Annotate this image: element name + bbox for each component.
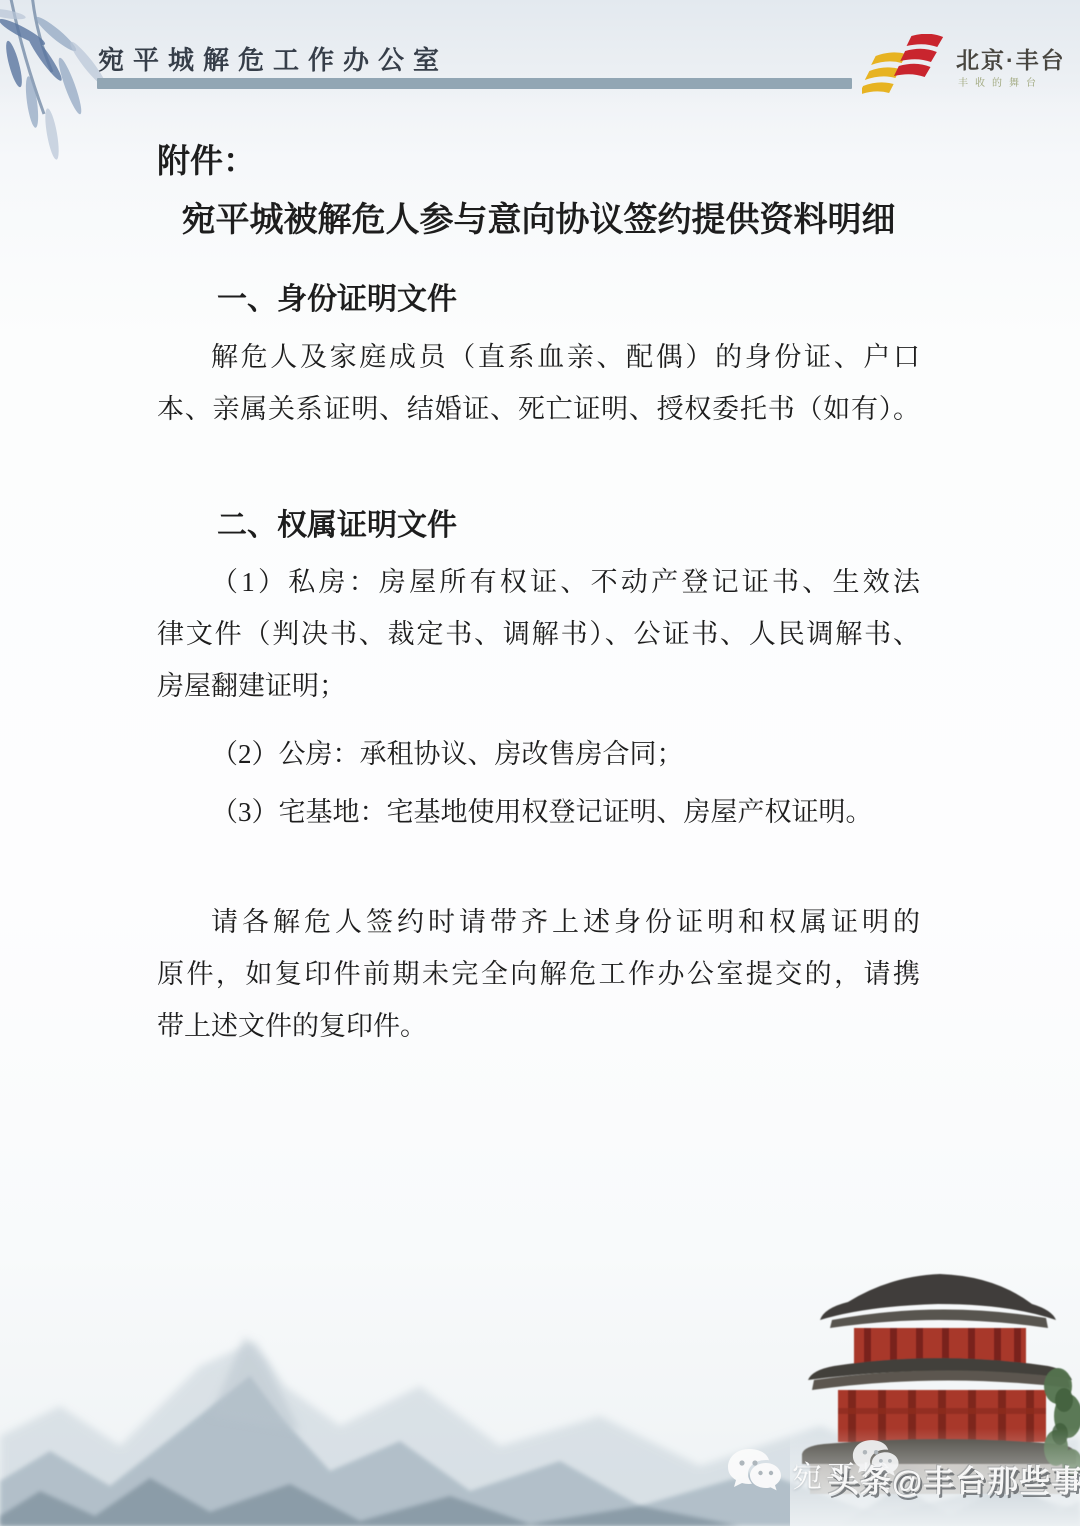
fengtai-logo: 北京·丰台 丰收的舞台	[862, 32, 1062, 98]
attachment-label: 附件：	[157, 136, 920, 188]
section1-paragraph: 解危人及家庭成员（直系血亲、配偶）的身份证、户口 本、亲属关系证明、结婚证、死亡…	[157, 331, 920, 435]
section2-item3: （3）宅基地：宅基地使用权登记证明、房屋产权证明。	[157, 786, 920, 838]
document-line: 带上述文件的复印件。	[157, 1000, 920, 1052]
document-body: 附件： 宛平城被解危人参与意向协议签约提供资料明细 一、身份证明文件 解危人及家…	[157, 115, 920, 1052]
section2-item2: （2）公房：承租协议、房改售房合同；	[157, 728, 920, 780]
logo-name: 北京·丰台	[956, 42, 1066, 75]
section2-heading: 二、权属证明文件	[157, 500, 920, 552]
wechat-icon	[727, 1447, 785, 1497]
header-office-name: 宛平城解危工作办公室	[98, 40, 448, 77]
logo-slogan: 丰收的舞台	[958, 74, 1043, 89]
section2-item1: （1）私房：房屋所有权证、不动产登记证书、生效法 律文件（判决书、裁定书、调解书…	[157, 556, 920, 712]
document-line: 律文件（判决书、裁定书、调解书）、公证书、人民调解书、	[157, 608, 920, 660]
document-page: 宛平城解危工作办公室 北京·丰台 丰收的舞台 附件： 宛平城被解危人参与意向协议…	[0, 0, 1080, 1526]
document-line: 解危人及家庭成员（直系血亲、配偶）的身份证、户口	[157, 331, 920, 383]
header-divider	[97, 78, 852, 89]
closing-paragraph: 请各解危人签约时请带齐上述身份证明和权属证明的 原件，如复印件前期未完全向解危工…	[157, 896, 920, 1052]
document-line: 房屋翻建证明；	[157, 660, 920, 712]
document-line: 原件，如复印件前期未完全向解危工作办公室提交的，请携	[157, 948, 920, 1000]
document-title: 宛平城被解危人参与意向协议签约提供资料明细	[157, 193, 920, 249]
document-line: 本、亲属关系证明、结婚证、死亡证明、授权委托书（如有）。	[157, 383, 920, 435]
section1-heading: 一、身份证明文件	[157, 274, 920, 326]
document-line: 请各解危人签约时请带齐上述身份证明和权属证明的	[157, 896, 920, 948]
fengtai-logo-icon	[862, 34, 952, 96]
document-line: （1）私房：房屋所有权证、不动产登记证书、生效法	[157, 556, 920, 608]
watermark-toutiao-tag: 头条@丰台那些事	[828, 1456, 1080, 1501]
